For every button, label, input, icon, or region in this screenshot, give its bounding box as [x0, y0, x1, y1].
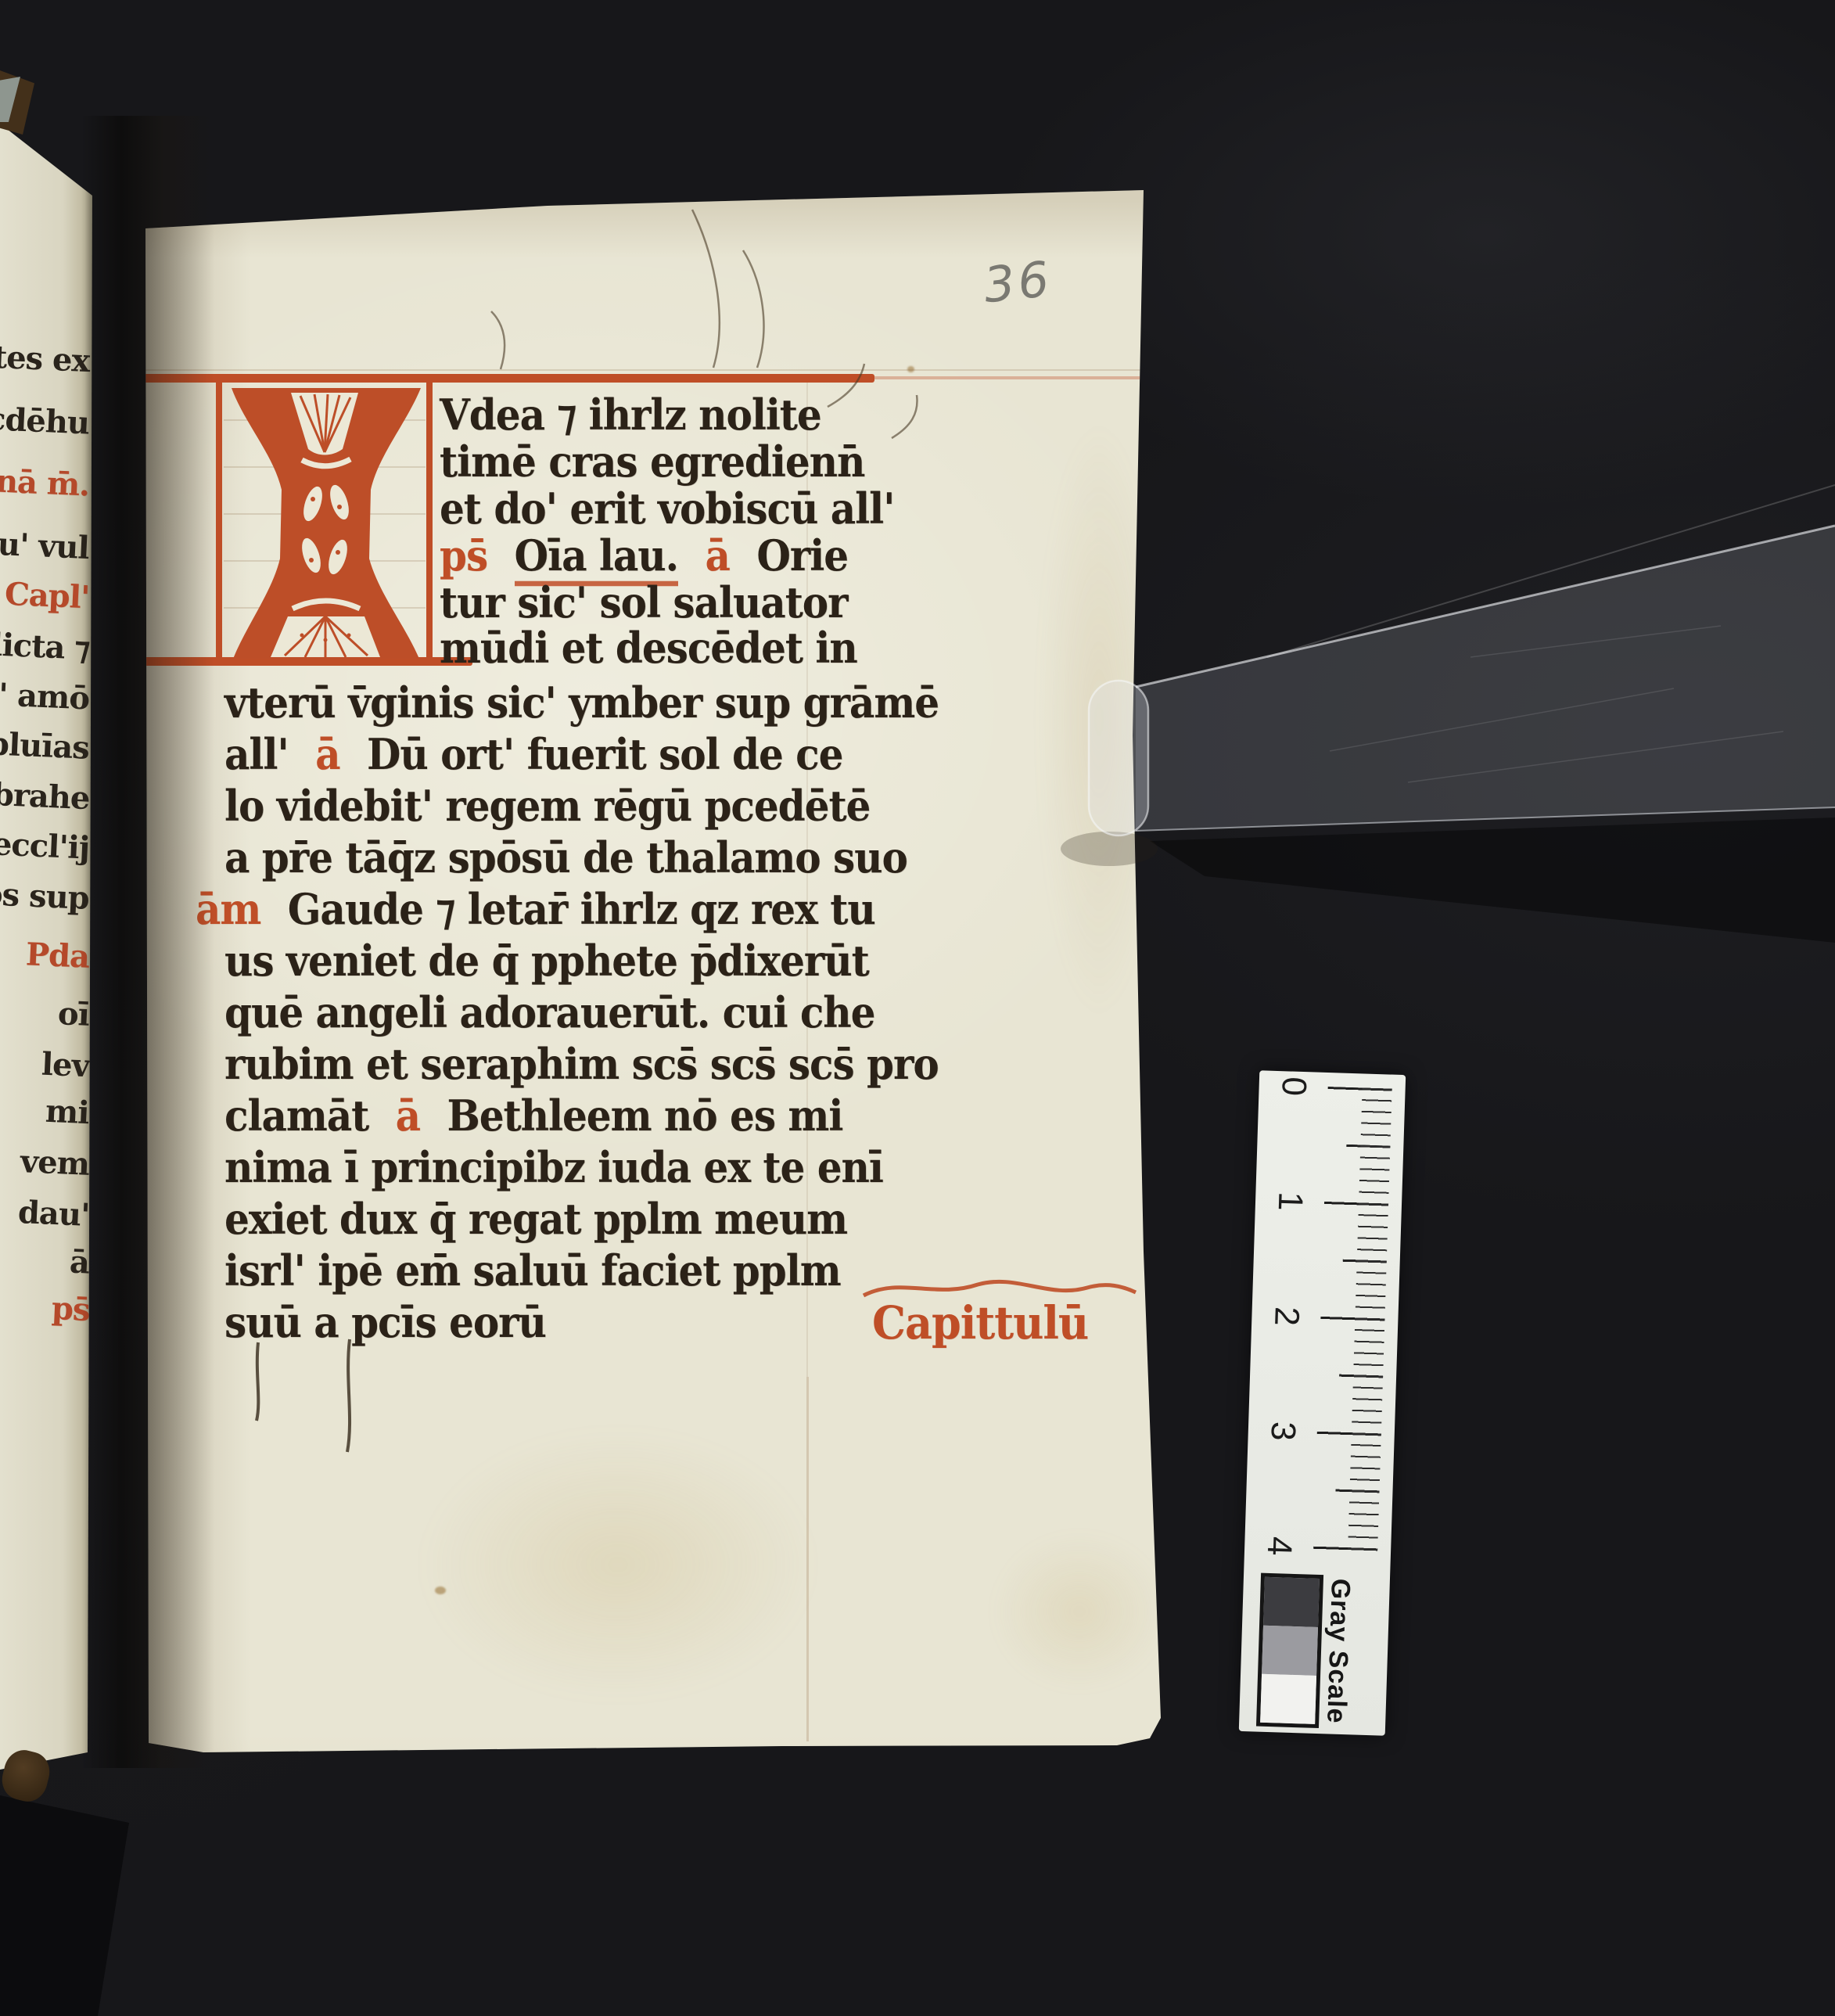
- text-line: timē cras egredienn̄: [440, 437, 864, 487]
- sliver-text-fragment: nā m̄.: [0, 464, 90, 502]
- line-text: lo videbit' regem rēgū pcedētē: [224, 781, 870, 832]
- text-line: quē angeli adorauerūt. cui che: [224, 987, 874, 1038]
- rubric-capitulum: Capittulū: [872, 1297, 1088, 1348]
- sliver-text-fragment: dau': [17, 1195, 90, 1233]
- text-line: rubim et seraphim scs̄ scs̄ scs̄ pro: [224, 1039, 939, 1090]
- sliver-text-fragment: os sup: [0, 877, 90, 916]
- line-text: Orie: [756, 530, 848, 581]
- text-line: ām Gaude ⁊ letar̄ ihrlz qz rex tu: [196, 884, 875, 935]
- grayscale-patch-mid: [1262, 1626, 1318, 1676]
- text-line: suū a pcīs eorū Capittulū: [224, 1297, 1163, 1348]
- sliver-text-fragment: au' vul: [0, 526, 90, 566]
- line-text: rubim et seraphim scs̄ scs̄ scs̄ pro: [224, 1039, 939, 1090]
- text-line: et do' erit vobiscū all': [440, 483, 894, 534]
- line-text: timē cras egredienn̄: [440, 437, 864, 487]
- text-line: mūdi et descēdet in: [440, 623, 857, 674]
- line-text: Vdea ⁊ ihrlz nolite: [440, 390, 821, 440]
- ruler-number: 0: [1276, 1069, 1311, 1104]
- sliver-text-fragment: mētes ex: [0, 338, 90, 379]
- line-text: isrl' ipē em̄ saluū faciet pplm: [224, 1245, 841, 1296]
- sliver-text-fragment: Pda: [25, 937, 90, 974]
- sliver-text-fragment: Capl': [4, 577, 90, 616]
- line-text: exiet dux q̄ regat pplm meum: [224, 1194, 847, 1245]
- ruler-number: 1: [1272, 1184, 1307, 1219]
- line-text: tur sic' sol saluator: [440, 577, 847, 628]
- ruler-number: 4: [1262, 1529, 1297, 1564]
- text-line: clamāt ā Bethleem nō es mi: [224, 1091, 842, 1141]
- text-line: all' ā Dū ort' fuerit sol de ce: [224, 729, 842, 780]
- ruler-card: 0 1 2 3 4 Gray Scale: [1239, 1070, 1406, 1735]
- ruler-number: 2: [1269, 1299, 1304, 1334]
- line-text: mūdi et descēdet in: [440, 623, 857, 674]
- sliver-text-fragment: delicta ⁊: [0, 626, 90, 667]
- grayscale-patch-dark: [1263, 1577, 1320, 1627]
- text-line: a pr̄e tāq̄z spōsū de thalamo suo: [224, 832, 907, 883]
- rubric-psalm-mark: ps̄: [440, 530, 487, 581]
- sliver-text-fragment: a'cdēhu: [0, 401, 90, 440]
- plastic-page-weight: [1079, 422, 1835, 970]
- sliver-text-fragment: pluīas: [0, 727, 90, 766]
- rubric-antiphon-mark: ā: [315, 729, 339, 780]
- grayscale-label: Gray Scale: [1320, 1578, 1356, 1735]
- line-text: vterū v̄ginis sic' ymber sup grāmē: [224, 677, 939, 728]
- line-text: et do' erit vobiscū all': [440, 483, 894, 534]
- rubric-antiphon-mark: ā: [396, 1091, 420, 1141]
- facing-page-edge: mētes ex a'cdēhu nā m̄. au' vul Capl' de…: [0, 0, 92, 2016]
- text-line: lo videbit' regem rēgū pcedētē: [224, 781, 870, 832]
- sliver-text-fragment: br' amō: [0, 676, 90, 716]
- line-text: a pr̄e tāq̄z spōsū de thalamo suo: [224, 832, 907, 883]
- rubric-antiphon-mark: ā: [705, 530, 729, 581]
- line-text: nima ī principibz iuda ex te enī: [224, 1142, 883, 1193]
- grayscale-patch-white: [1260, 1674, 1316, 1724]
- grayscale-patches: [1256, 1573, 1323, 1728]
- line-text: quē angeli adorauerūt. cui che: [224, 987, 874, 1038]
- sliver-text-fragment: abrahe: [0, 777, 90, 816]
- text-line: tur sic' sol saluator: [440, 577, 847, 628]
- gutter-shadow: [81, 116, 214, 1768]
- line-text: Dū ort' fuerit sol de ce: [367, 729, 842, 780]
- manuscript-photo: mētes ex a'cdēhu nā m̄. au' vul Capl' de…: [0, 0, 1835, 2016]
- line-text: all': [224, 729, 289, 780]
- text-line: Vdea ⁊ ihrlz nolite: [440, 390, 821, 440]
- sliver-text-fragment: eccl'ij: [0, 827, 90, 865]
- text-line: nima ī principibz iuda ex te enī: [224, 1142, 883, 1193]
- line-text: Gaude ⁊ letar̄ ihrlz qz rex tu: [288, 884, 875, 935]
- ruler-number: 3: [1265, 1414, 1300, 1449]
- line-text: clamāt: [224, 1091, 368, 1141]
- rubric-flourish: [860, 1272, 1139, 1303]
- line-text: suū a pcīs eorū: [224, 1297, 546, 1348]
- sliver-text-fragment: vem: [20, 1145, 90, 1182]
- text-line: vterū v̄ginis sic' ymber sup grāmē: [224, 677, 939, 728]
- text-line: isrl' ipē em̄ saluū faciet pplm: [224, 1245, 841, 1296]
- text-line: exiet dux q̄ regat pplm meum: [224, 1194, 847, 1245]
- folio-number: 36: [982, 255, 1054, 311]
- line-text: Bethleem nō es mi: [447, 1091, 842, 1141]
- text-line: us veniet de q̄ pphete p̄dixerūt: [224, 936, 869, 986]
- line-text: us veniet de q̄ pphete p̄dixerūt: [224, 936, 869, 986]
